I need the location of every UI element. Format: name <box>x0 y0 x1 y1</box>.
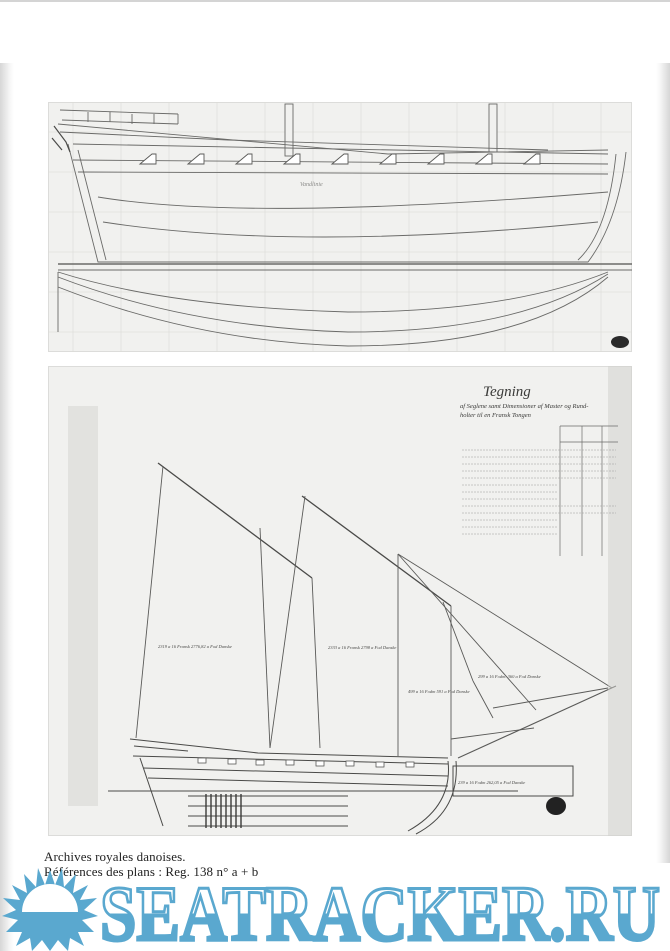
table-subtitle-line1: af Seglene samt Dimensioner af Master og… <box>460 403 588 410</box>
watermark-label: SEATRACKER.RU <box>100 878 660 946</box>
sun-icon <box>2 868 98 951</box>
waterline-annotation: Vandlinie <box>300 182 323 188</box>
page-gutter-shadow-left <box>0 63 14 951</box>
sail-label-jib: 299 a 16 Fodm. 360 a Fod Danske <box>478 674 541 679</box>
top-rule <box>0 0 670 2</box>
sail-label-main: 2319 a 16 Fransk 2776,82 a Fod Danske <box>158 644 232 650</box>
sail-label-staysail: 499 a 16 Fodm 591 a Fod Danske <box>408 689 470 694</box>
table-subtitle-line2: holter til en Fransk Tongen <box>460 412 531 419</box>
sail-label-bowsprit: 239 a 16 Fodm 262,05 a Fod Danske <box>458 780 525 786</box>
page-gutter-shadow-right <box>656 63 670 863</box>
watermark-text: SEATRACKER.RU <box>100 878 670 946</box>
sail-plan-plate: Tegning af Seglene samt Dimensioner af M… <box>48 366 632 836</box>
hull-lines-drawing: Vandlinie <box>48 102 632 352</box>
table-title: Tegning <box>483 384 531 400</box>
sail-plan-drawing: Tegning af Seglene samt Dimensioner af M… <box>48 366 632 836</box>
sail-label-fore: 2333 a 16 Fransk 2798 a Fod Danske <box>328 645 396 650</box>
hull-lines-plate: Vandlinie <box>48 102 632 352</box>
